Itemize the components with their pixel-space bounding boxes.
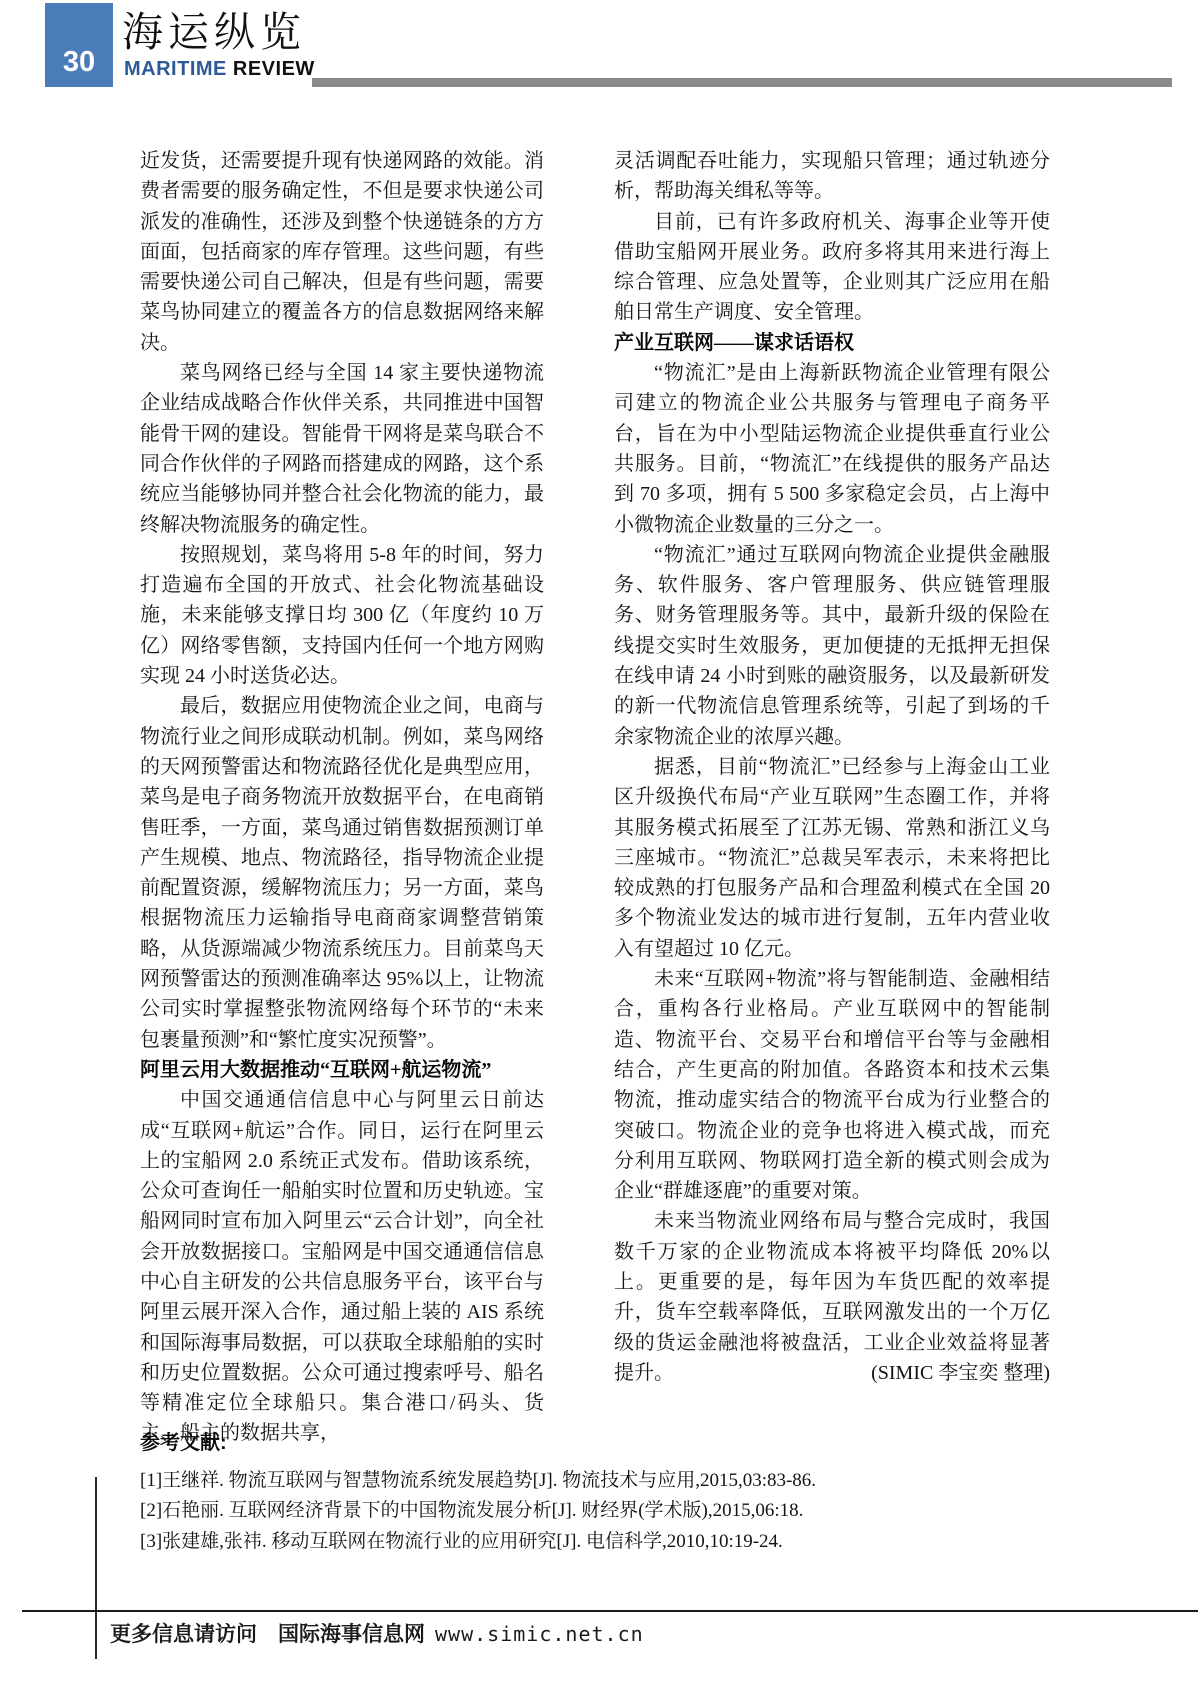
paragraph: 中国交通通信信息中心与阿里云日前达成“互联网+航运”合作。同日，运行在阿里云上的… <box>140 1085 544 1449</box>
paragraph: “物流汇”通过互联网向物流企业提供金融服务、软件服务、客户管理服务、供应链管理服… <box>614 540 1050 752</box>
article-column-right: 灵活调配吞吐能力，实现船只管理；通过轨迹分析，帮助海关缉私等等。 目前，已有许多… <box>614 146 1050 1388</box>
footer-url: www.simic.net.cn <box>435 1622 644 1646</box>
header-rule <box>312 78 1172 87</box>
paragraph: “物流汇”是由上海新跃物流企业管理有限公司建立的物流企业公共服务与管理电子商务平… <box>614 358 1050 540</box>
references-section: 参考文献: [1]王继祥. 物流互联网与智慧物流系统发展趋势[J]. 物流技术与… <box>140 1428 1080 1557</box>
reference-item: [2]石艳丽. 互联网经济背景下的中国物流发展分析[J]. 财经界(学术版),2… <box>140 1496 1080 1527</box>
paragraph: 菜鸟网络已经与全国 14 家主要快递物流企业结成战略合作伙伴关系，共同推进中国智… <box>140 358 544 540</box>
magazine-title: 海运纵览 <box>122 8 306 57</box>
article-column-left: 近发货，还需要提升现有快递网路的效能。消费者需要的服务确定性，不但是要求快递公司… <box>140 146 544 1449</box>
paragraph: 据悉，目前“物流汇”已经参与上海金山工业区升级换代布局“产业互联网”生态圈工作，… <box>614 752 1050 964</box>
reference-item: [1]王继祥. 物流互联网与智慧物流系统发展趋势[J]. 物流技术与应用,201… <box>140 1466 1080 1497</box>
footer-rule <box>22 1610 1198 1612</box>
subtitle-maritime: MARITIME <box>124 58 227 80</box>
paragraph: 最后，数据应用使物流企业之间，电商与物流行业之间形成联动机制。例如，菜鸟网络的天… <box>140 691 544 1055</box>
paragraph: 近发货，还需要提升现有快递网路的效能。消费者需要的服务确定性，不但是要求快递公司… <box>140 146 544 358</box>
reference-item: [3]张建雄,张祎. 移动互联网在物流行业的应用研究[J]. 电信科学,2010… <box>140 1527 1080 1558</box>
margin-rule <box>95 1477 97 1659</box>
paragraph: 按照规划，菜鸟将用 5-8 年的时间，努力打造遍布全国的开放式、社会化物流基础设… <box>140 540 544 691</box>
paragraph: 未来“互联网+物流”将与智能制造、金融相结合，重构各行业格局。产业互联网中的智能… <box>614 964 1050 1206</box>
magazine-page: 30 海运纵览 MARITIMEREVIEW 近发货，还需要提升现有快递网路的效… <box>0 0 1200 1707</box>
subtitle-review: REVIEW <box>233 58 315 80</box>
page-number: 30 <box>45 48 113 77</box>
paragraph: 未来当物流业网络布局与整合完成时，我国数千万家的企业物流成本将被平均降低 20%… <box>614 1206 1050 1388</box>
page-number-badge: 30 <box>45 3 113 87</box>
paragraph: 灵活调配吞吐能力，实现船只管理；通过轨迹分析，帮助海关缉私等等。 <box>614 146 1050 207</box>
subheading-industry-internet: 产业互联网——谋求话语权 <box>614 328 1050 358</box>
references-title: 参考文献: <box>140 1428 1080 1459</box>
magazine-subtitle: MARITIMEREVIEW <box>124 58 315 81</box>
byline: (SIMIC 李宝奕 整理) <box>871 1358 1050 1388</box>
paragraph: 目前，已有许多政府机关、海事企业等开使借助宝船网开展业务。政府多将其用来进行海上… <box>614 207 1050 328</box>
footer-text: 更多信息请访问 国际海事信息网 <box>110 1623 425 1646</box>
paragraph-text: 未来当物流业网络布局与整合完成时，我国数千万家的企业物流成本将被平均降低 20%… <box>614 1210 1050 1383</box>
subheading-aliyun: 阿里云用大数据推动“互联网+航运物流” <box>140 1055 544 1085</box>
footer-note: 更多信息请访问 国际海事信息网www.simic.net.cn <box>110 1618 644 1648</box>
